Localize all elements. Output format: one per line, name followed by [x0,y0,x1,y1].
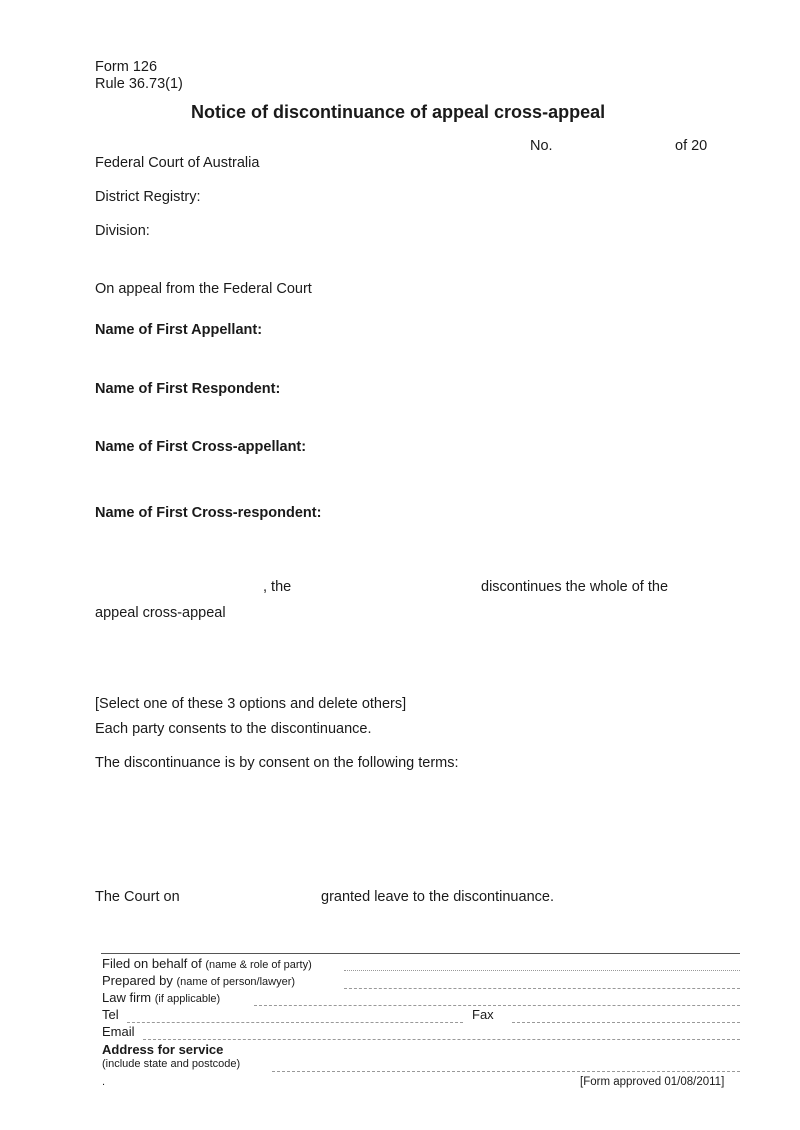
footer-divider [101,953,740,954]
district-registry-label: District Registry: [95,189,201,205]
first-cross-appellant-label: Name of First Cross-appellant: [95,439,306,455]
option-court-leave-prefix: The Court on [95,889,180,905]
filed-on-behalf-of-hint: (name & role of party) [205,959,311,971]
law-firm-text: Law firm [102,990,151,1005]
prepared-by-field[interactable] [344,988,740,989]
law-firm-field[interactable] [254,1005,740,1006]
form-number: Form 126 [95,59,157,75]
option-court-leave-suffix: granted leave to the discontinuance. [321,889,554,905]
case-number-label: No. [530,138,553,154]
prepared-by-text: Prepared by [102,973,173,988]
option-each-party-consents: Each party consents to the discontinuanc… [95,721,371,737]
email-label: Email [102,1024,135,1039]
filed-on-behalf-of-label: Filed on behalf of (name & role of party… [102,956,312,971]
division-label: Division: [95,223,150,239]
footer-dot: . [102,1076,105,1088]
first-respondent-label: Name of First Respondent: [95,381,280,397]
form-approved-date: [Form approved 01/08/2011] [580,1076,724,1088]
comma-the-text: , the [263,579,291,595]
fax-field[interactable] [512,1022,740,1023]
filed-on-behalf-of-text: Filed on behalf of [102,956,202,971]
first-appellant-label: Name of First Appellant: [95,322,262,338]
discontinues-text: discontinues the whole of the [481,579,668,595]
address-for-service-label: Address for service [102,1042,223,1057]
tel-label: Tel [102,1007,119,1022]
prepared-by-label: Prepared by (name of person/lawyer) [102,973,295,988]
law-firm-label: Law firm (if applicable) [102,990,220,1005]
on-appeal-from: On appeal from the Federal Court [95,281,312,297]
page-title: Notice of discontinuance of appeal cross… [191,102,605,123]
tel-field[interactable] [127,1022,463,1023]
rule-reference: Rule 36.73(1) [95,76,183,92]
option-consent-terms: The discontinuance is by consent on the … [95,755,459,771]
filed-on-behalf-of-field[interactable] [344,970,740,971]
select-instruction: [Select one of these 3 options and delet… [95,696,406,712]
first-cross-respondent-label: Name of First Cross-respondent: [95,505,321,521]
fax-label: Fax [472,1007,494,1022]
law-firm-hint: (if applicable) [155,993,220,1005]
appeal-cross-appeal-text: appeal cross-appeal [95,605,226,621]
case-year-label: of 20 [675,138,707,154]
email-field[interactable] [143,1039,740,1040]
court-name: Federal Court of Australia [95,155,259,171]
prepared-by-hint: (name of person/lawyer) [176,976,295,988]
address-for-service-field[interactable] [272,1071,740,1072]
address-hint: (include state and postcode) [102,1058,240,1070]
